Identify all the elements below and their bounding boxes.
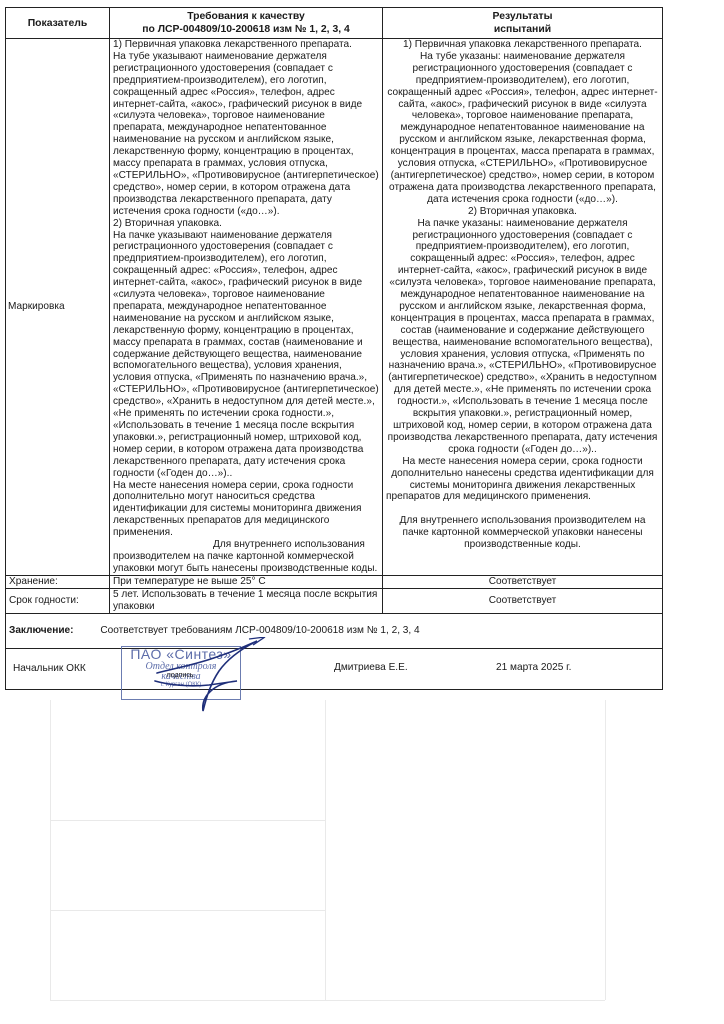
shelf-life-requirement: 5 лет. Использовать в течение 1 месяца п… bbox=[110, 588, 383, 613]
req-secondary-text: На пачке указывают наименование держател… bbox=[113, 230, 379, 480]
res-primary-text: На тубе указаны: наименование держателя … bbox=[386, 51, 659, 206]
req-primary-text: На тубе указывают наименование держателя… bbox=[113, 51, 379, 218]
header-requirements-line1: Требования к качеству bbox=[113, 10, 379, 23]
signatory-title: Начальник ОКК bbox=[13, 663, 86, 675]
res-secondary-text: На пачке указаны: наименование держателя… bbox=[386, 218, 659, 456]
header-indicator-text: Показатель bbox=[28, 18, 88, 29]
storage-result: Соответствует bbox=[383, 575, 663, 588]
signature-cell: Начальник ОКК ПАО «Синтез» Отдел контрол… bbox=[6, 648, 663, 689]
table-row-shelf-life: Срок годности: 5 лет. Использовать в теч… bbox=[6, 588, 663, 613]
header-results-line2: испытаний bbox=[386, 23, 659, 36]
req-production-codes-text: Для внутреннего использования производит… bbox=[113, 539, 379, 575]
header-indicator: Показатель bbox=[6, 8, 110, 39]
conclusion-cell: Заключение: Соответствует требованиям ЛС… bbox=[6, 613, 663, 648]
signature-row: Начальник ОКК ПАО «Синтез» Отдел контрол… bbox=[6, 648, 663, 689]
req-identification-text: На месте нанесения номера серии, срока г… bbox=[113, 480, 379, 540]
shelf-life-result: Соответствует bbox=[383, 588, 663, 613]
conclusion-row: Заключение: Соответствует требованиям ЛС… bbox=[6, 613, 663, 648]
signature-date: 21 марта 2025 г. bbox=[496, 662, 571, 674]
res-production-codes-text: Для внутреннего использования производит… bbox=[386, 515, 659, 551]
table-row-storage: Хранение: При температуре не выше 25° С … bbox=[6, 575, 663, 588]
res-identification-text: На месте нанесения номера серии, срока г… bbox=[386, 456, 659, 492]
header-results: Результаты испытаний bbox=[383, 8, 663, 39]
reverse-side-bleed-through bbox=[45, 700, 715, 1000]
storage-label: Хранение: bbox=[6, 575, 110, 588]
signatory-name: Дмитриева Е.Е. bbox=[334, 662, 408, 674]
res-identification-text-end: препаратов для медицинского применения. bbox=[386, 491, 659, 503]
spacer bbox=[386, 503, 659, 515]
quality-report-table: Показатель Требования к качеству по ЛСР-… bbox=[5, 7, 663, 690]
header-requirements-line2: по ЛСР-004809/10-200618 изм № 1, 2, 3, 4 bbox=[113, 23, 379, 36]
res-secondary-title: 2) Вторичная упаковка. bbox=[386, 206, 659, 218]
res-primary-title: 1) Первичная упаковка лекарственного пре… bbox=[386, 39, 659, 51]
marking-requirements: 1) Первичная упаковка лекарственного пре… bbox=[110, 39, 383, 576]
table-header-row: Показатель Требования к качеству по ЛСР-… bbox=[6, 8, 663, 39]
header-results-line1: Результаты bbox=[386, 10, 659, 23]
marking-results: 1) Первичная упаковка лекарственного пре… bbox=[383, 39, 663, 576]
storage-requirement: При температуре не выше 25° С bbox=[110, 575, 383, 588]
shelf-life-label: Срок годности: bbox=[6, 588, 110, 613]
marking-label: Маркировка bbox=[6, 39, 110, 576]
header-requirements: Требования к качеству по ЛСР-004809/10-2… bbox=[110, 8, 383, 39]
table-row-marking: Маркировка 1) Первичная упаковка лекарст… bbox=[6, 39, 663, 576]
req-secondary-title: 2) Вторичная упаковка. bbox=[113, 218, 379, 230]
signature-block: Начальник ОКК ПАО «Синтез» Отдел контрол… bbox=[9, 649, 659, 689]
conclusion-label: Заключение: bbox=[9, 625, 74, 636]
document-page: Показатель Требования к качеству по ЛСР-… bbox=[0, 0, 724, 1024]
conclusion-text: Соответствует требованиям ЛСР-004809/10-… bbox=[100, 625, 419, 636]
req-primary-title: 1) Первичная упаковка лекарственного пре… bbox=[113, 39, 379, 51]
